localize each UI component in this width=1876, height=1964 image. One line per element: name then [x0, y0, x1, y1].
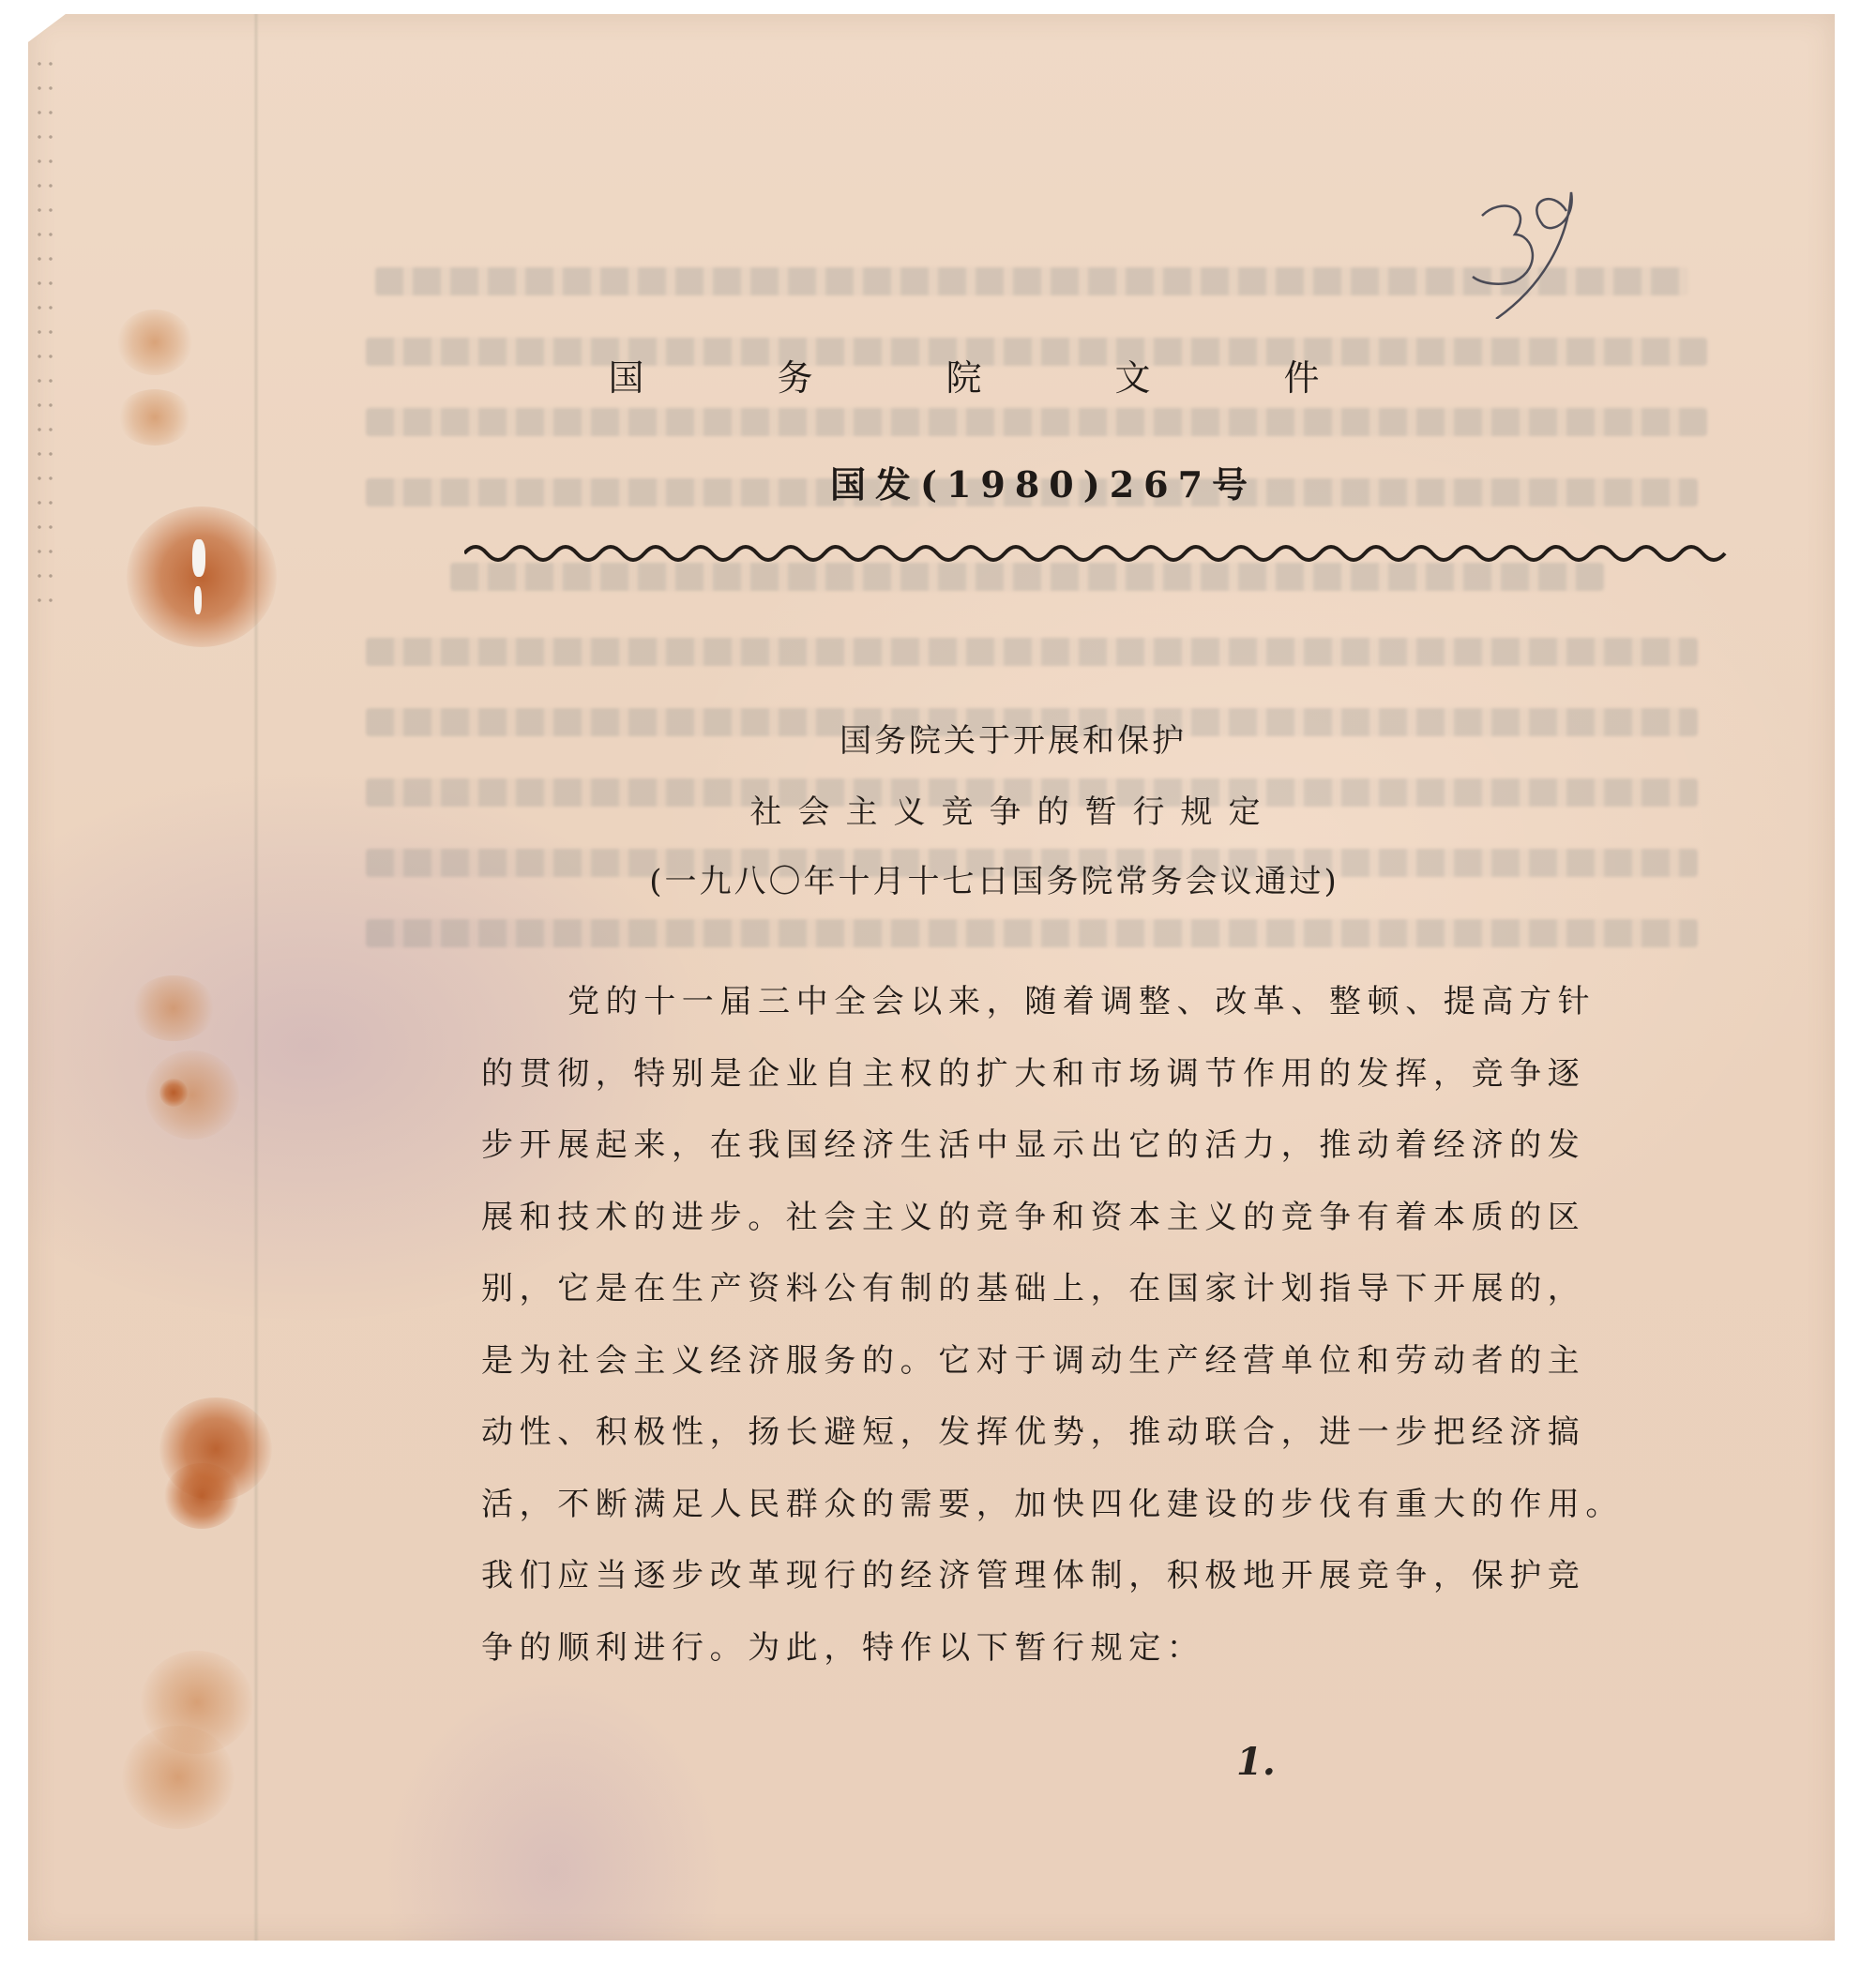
- body-line: 动性、积极性，扬长避短，发挥优势，推动联合，进一步把经济搞: [481, 1397, 1771, 1469]
- issuer-header-char: 务: [711, 349, 880, 400]
- body-line: 展和技术的进步。社会主义的竞争和资本主义的竞争有着本质的区: [481, 1182, 1771, 1254]
- issuer-header: 国务院文件: [0, 349, 1876, 400]
- body-line: 别，它是在生产资料公有制的基础上，在国家计划指导下开展的，: [481, 1253, 1771, 1325]
- wavy-divider: [464, 539, 1731, 567]
- body-line: 的贯彻，特别是企业自主权的扩大和市场调节作用的发挥，竞争逐: [481, 1038, 1771, 1110]
- body-line: 争的顺利进行。为此，特作以下暂行规定：: [481, 1612, 1771, 1685]
- binding-edge-spots: [34, 52, 53, 614]
- paper-fold-crease: [253, 14, 259, 1941]
- issuer-header-char: 国: [542, 349, 711, 400]
- handwritten-page-count: 39: [1463, 183, 1585, 319]
- document-number: 国发(1980)267号: [830, 456, 1257, 507]
- body-line: 我们应当逐步改革现行的经济管理体制，积极地开展竞争，保护竞: [481, 1540, 1771, 1612]
- body-paragraph: 党的十一届三中全会以来，随着调整、改革、整顿、提高方针 的贯彻，特别是企业自主权…: [481, 966, 1771, 1684]
- document-title-line-2: 社会主义竞争的暂行规定: [75, 786, 1876, 832]
- issuer-header-char: 文: [1049, 349, 1218, 400]
- adoption-note: (一九八〇年十月十七日国务院常务会议通过): [56, 855, 1876, 901]
- body-line: 活，不断满足人民群众的需要，加快四化建设的步伐有重大的作用。: [481, 1469, 1771, 1541]
- body-line: 是为社会主义经济服务的。它对于调动生产经营单位和劳动者的主: [481, 1325, 1771, 1397]
- document-title-line-1: 国务院关于开展和保护: [75, 715, 1876, 761]
- issuer-header-char: 院: [880, 349, 1049, 400]
- body-line: 步开展起来，在我国经济生活中显示出它的活力，推动着经济的发: [481, 1110, 1771, 1182]
- body-line: 党的十一届三中全会以来，随着调整、改革、整顿、提高方针: [481, 966, 1771, 1038]
- issuer-header-char: 件: [1218, 349, 1386, 400]
- page-number: 1.: [1236, 1740, 1276, 1784]
